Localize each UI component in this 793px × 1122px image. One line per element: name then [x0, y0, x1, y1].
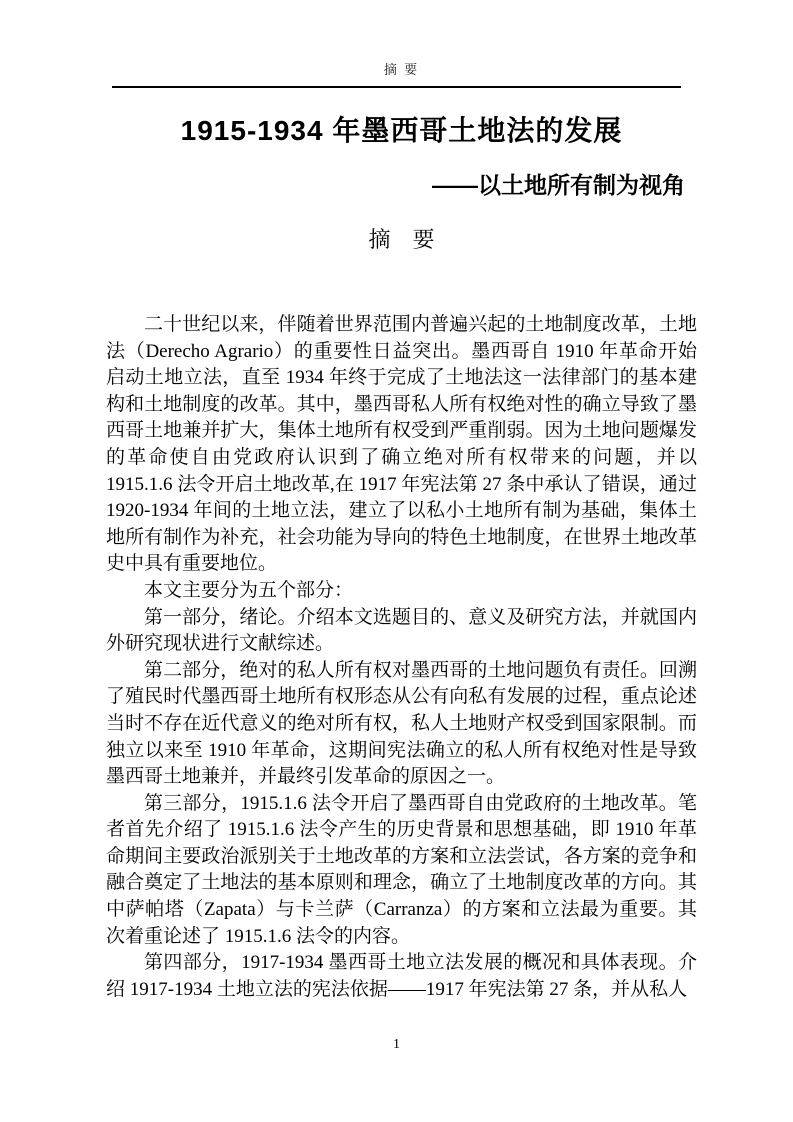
- document-page: 摘 要 1915-1934 年墨西哥土地法的发展 ——以土地所有制为视角 摘 要…: [0, 0, 793, 1122]
- header-rule: [112, 86, 681, 88]
- abstract-body: 二十世纪以来，伴随着世界范围内普遍兴起的土地制度改革，土地法（Derecho A…: [106, 312, 697, 1003]
- abstract-paragraph: 第一部分，绪论。介绍本文选题目的、意义及研究方法，并就国内外研究现状进行文献综述…: [106, 605, 697, 658]
- abstract-paragraph: 第三部分，1915.1.6 法令开启了墨西哥自由党政府的土地改革。笔者首先介绍了…: [106, 791, 697, 951]
- abstract-heading: 摘 要: [106, 226, 697, 254]
- abstract-paragraph: 本文主要分为五个部分：: [106, 578, 697, 605]
- running-header: 摘 要: [106, 0, 697, 78]
- page-number: 1: [0, 1036, 793, 1054]
- abstract-paragraph: 第二部分，绝对的私人所有权对墨西哥的土地问题负有责任。回溯了殖民时代墨西哥土地所…: [106, 658, 697, 791]
- document-title: 1915-1934 年墨西哥土地法的发展: [106, 115, 697, 147]
- abstract-paragraph: 二十世纪以来，伴随着世界范围内普遍兴起的土地制度改革，土地法（Derecho A…: [106, 312, 697, 578]
- running-header-text: 摘 要: [384, 62, 419, 77]
- document-subtitle: ——以土地所有制为视角: [106, 171, 697, 199]
- abstract-paragraph: 第四部分，1917-1934 墨西哥土地立法发展的概况和具体表现。介绍 1917…: [106, 950, 697, 1003]
